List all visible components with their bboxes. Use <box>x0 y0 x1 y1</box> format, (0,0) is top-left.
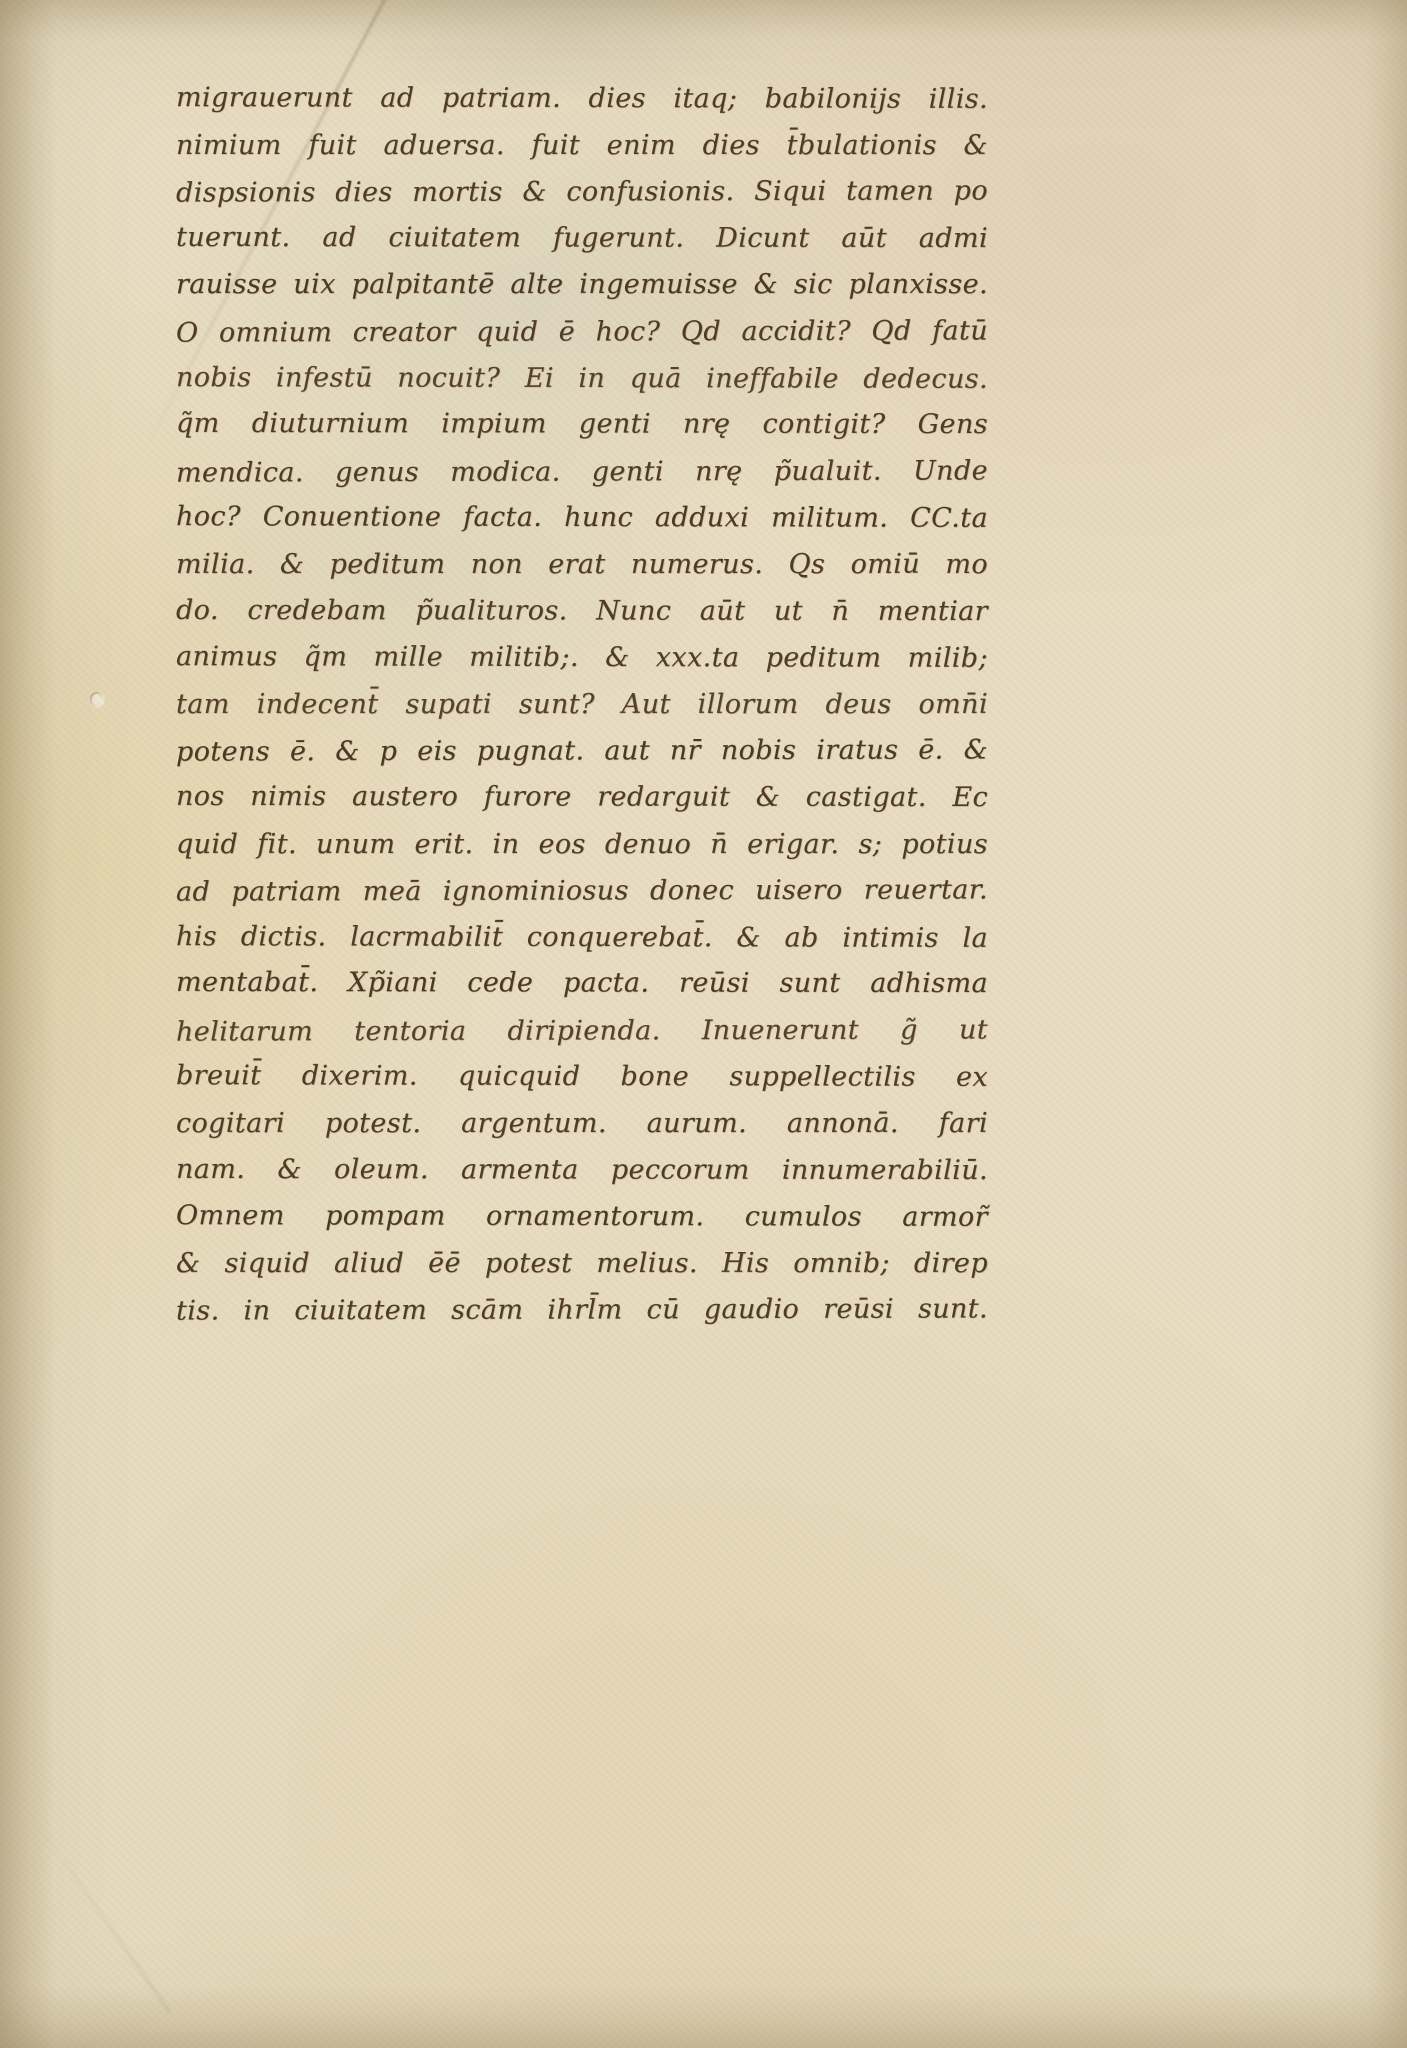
text-line: breuit̄ dixerim. quicquid bone suppellec… <box>176 1054 988 1102</box>
text-line: dispsionis dies mortis & confusionis. Si… <box>176 169 988 218</box>
text-line: nos nimis austero furore redarguit & cas… <box>176 774 988 822</box>
text-line: mendica. genus modica. genti nrę p̃ualui… <box>176 448 988 497</box>
text-line: ad patriam meā ignominiosus donec uisero… <box>176 868 988 917</box>
text-line: do. credebam p̃ualituros. Nunc aūt ut n̄… <box>176 587 988 635</box>
text-line: tuerunt. ad ciuitatem fugerunt. Dicunt a… <box>176 215 988 263</box>
text-line: helitarum tentoria diripienda. Inuenerun… <box>176 1007 988 1056</box>
text-line: O omnium creator quid ē hoc? Qd accidit?… <box>176 308 988 357</box>
text-line: mentabat̄. Xp̃iani cede pacta. reūsi sun… <box>176 960 988 1008</box>
parchment-hole <box>90 692 103 706</box>
text-block: migrauerunt ad patriam. dies itaq; babil… <box>176 76 988 1334</box>
text-line: q̃m diuturnium impium genti nrę contigit… <box>176 401 988 449</box>
text-line: rauisse uix palpitantē alte ingemuisse &… <box>176 262 988 309</box>
text-line: nam. & oleum. armenta peccorum innumerab… <box>176 1147 988 1195</box>
text-line: nimium fuit aduersa. fuit enim dies t̄bu… <box>176 123 988 170</box>
text-line: his dictis. lacrmabilit̄ conquerebat̄. &… <box>176 914 988 962</box>
text-line: hoc? Conuentione facta. hunc adduxi mili… <box>176 494 988 542</box>
text-line: tam indecent̄ supati sunt? Aut illorum d… <box>176 682 988 729</box>
text-line: cogitari potest. argentum. aurum. annonā… <box>176 1101 988 1148</box>
text-line: quid fit. unum erit. in eos denuo n̄ eri… <box>176 822 988 869</box>
text-line: nobis infestū nocuit? Ei in quā ineffabi… <box>176 355 988 403</box>
parchment-crease-bottom <box>20 1799 171 2013</box>
text-line: potens ē. & p eis pugnat. aut nr̄ nobis … <box>176 728 988 777</box>
text-line: & siquid aliud ēē potest melius. His omn… <box>176 1241 988 1288</box>
text-line: migrauerunt ad patriam. dies itaq; babil… <box>176 75 988 123</box>
text-line: animus q̃m mille militib;. & xxx.ta pedi… <box>176 634 988 682</box>
text-line: tis. in ciuitatem scām ihrl̄m cū gaudio … <box>176 1287 988 1336</box>
text-line: Omnem pompam ornamentorum. cumulos armor… <box>176 1193 988 1241</box>
text-line: milia. & peditum non erat numerus. Qs om… <box>176 542 988 589</box>
manuscript-page: migrauerunt ad patriam. dies itaq; babil… <box>0 0 1407 2048</box>
